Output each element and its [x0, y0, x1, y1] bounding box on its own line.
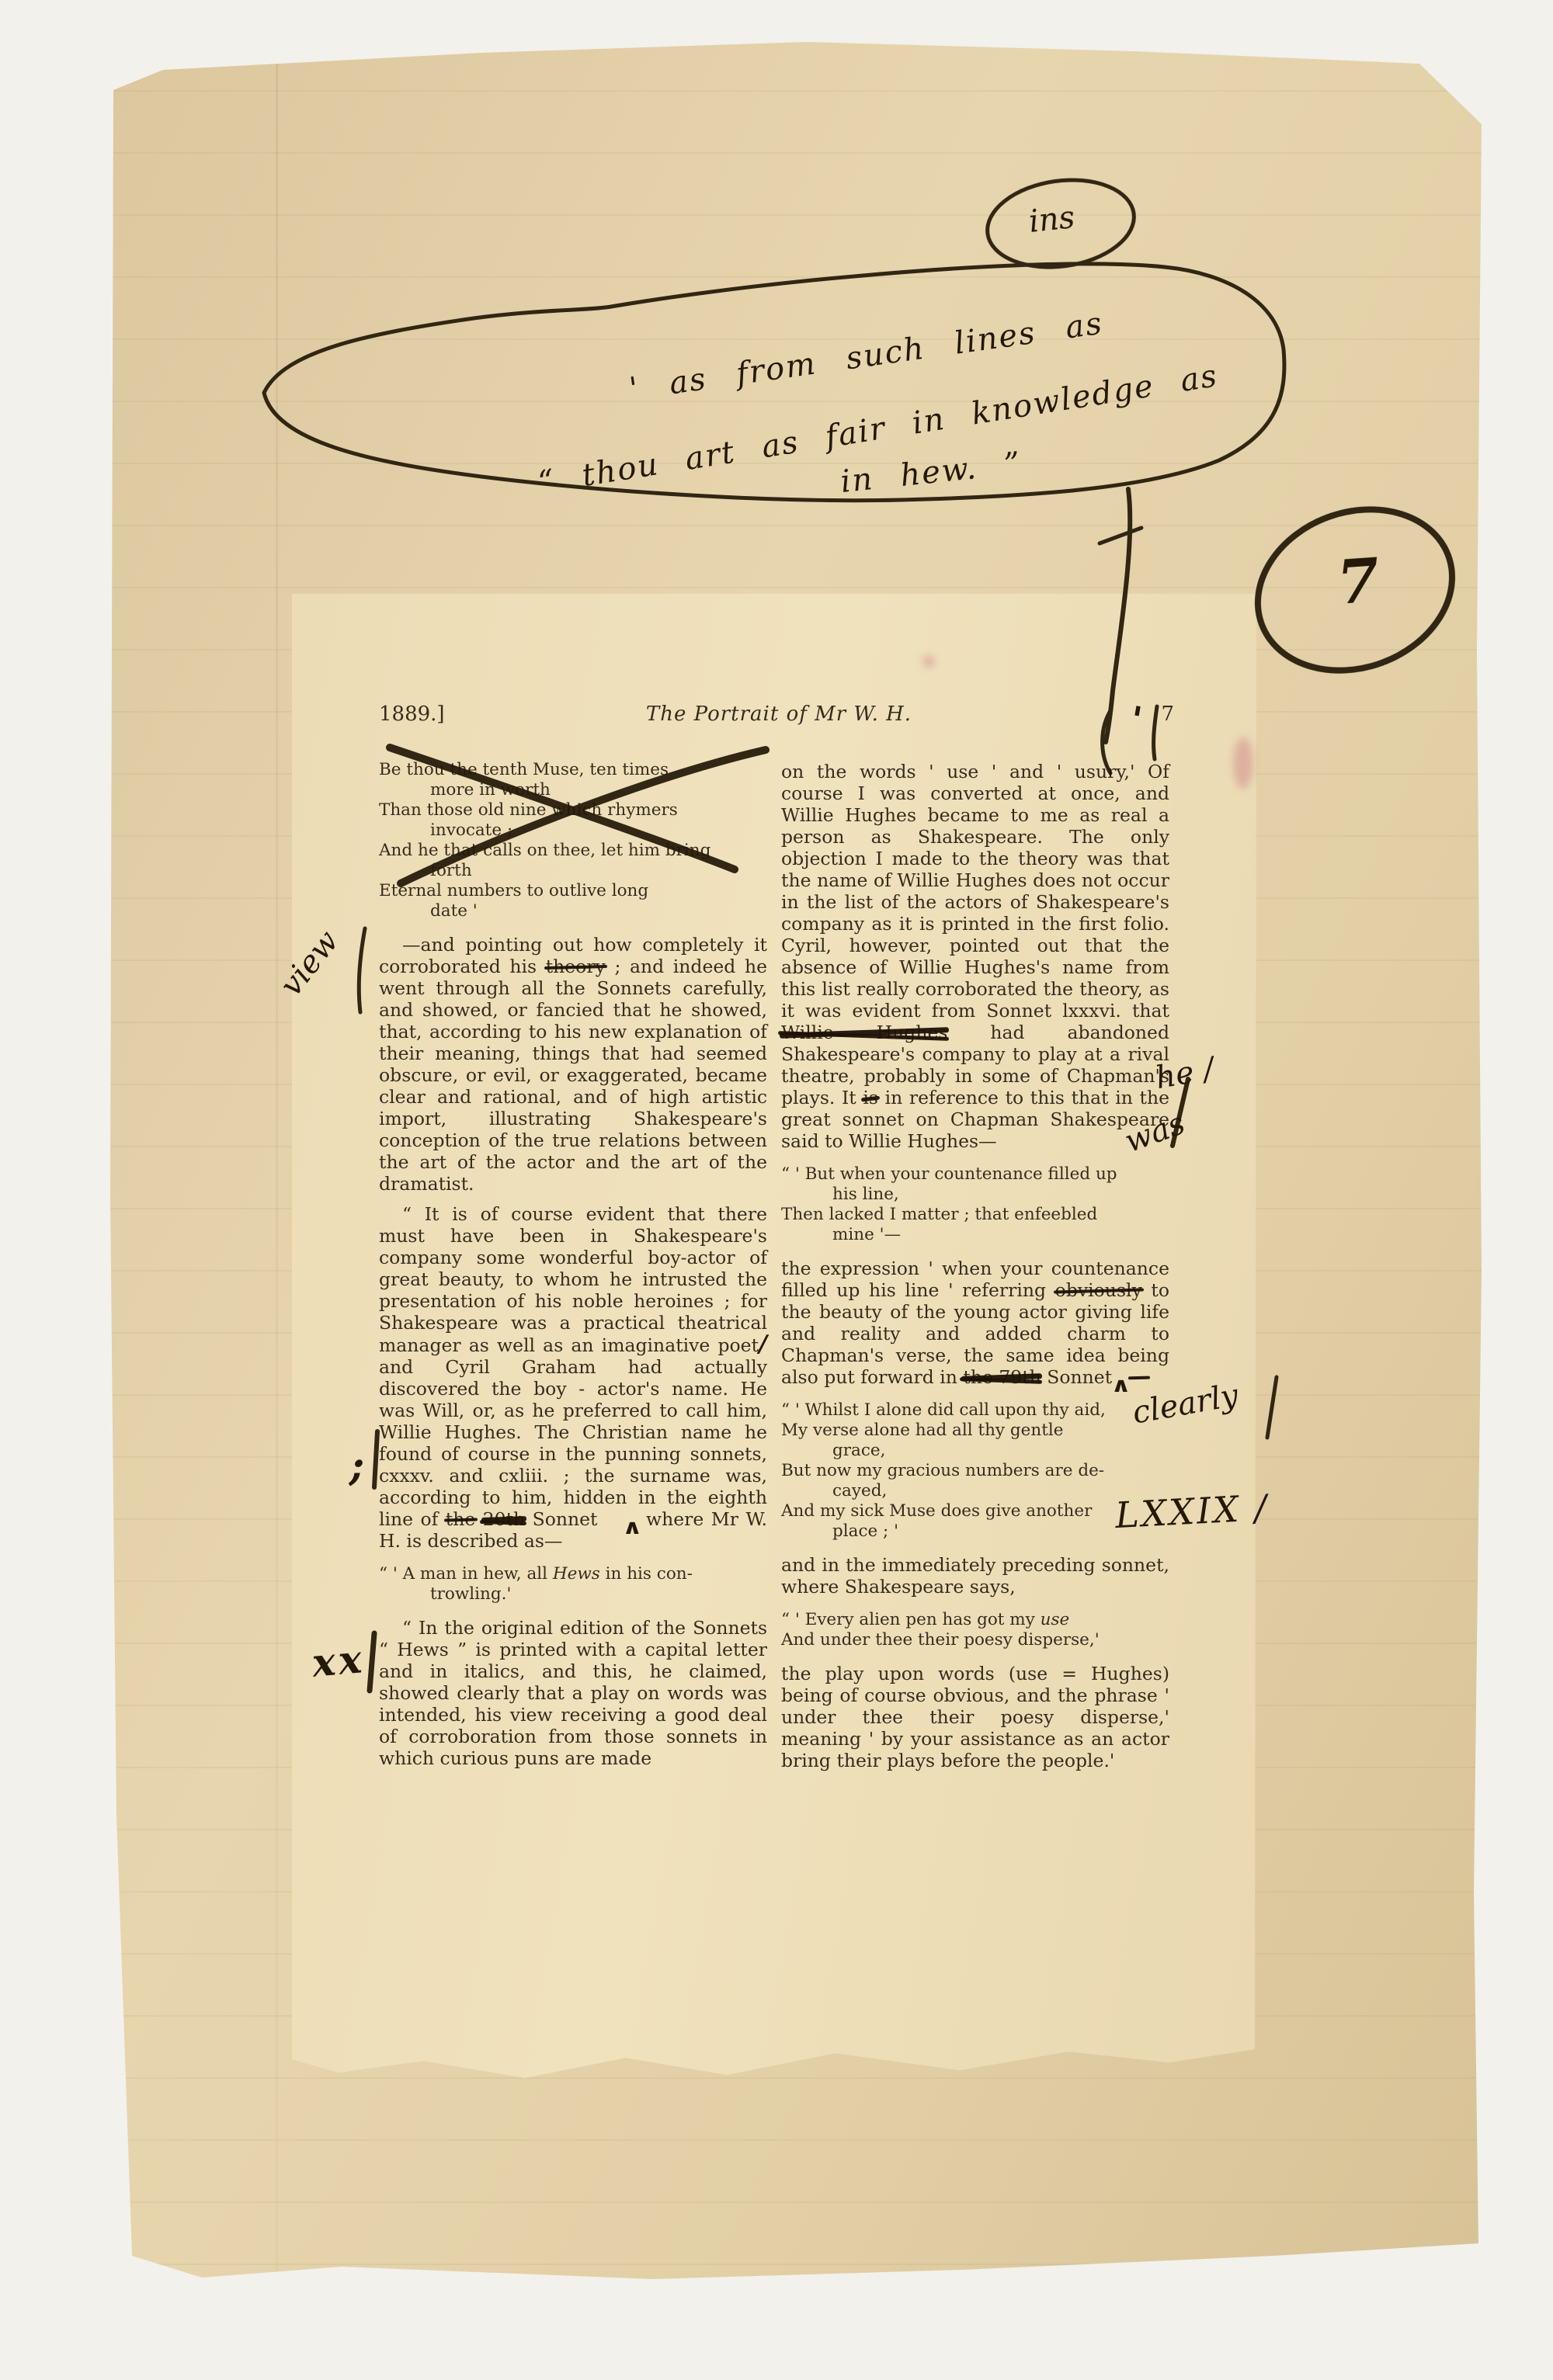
text-run: ; and indeed he went through all the Son… — [379, 956, 767, 1195]
margin-note-lxxix: LXXIX / — [1114, 1487, 1270, 1536]
margin-note-xx: xx — [311, 1636, 367, 1686]
paragraph: the expression ' when your countenance f… — [781, 1258, 1169, 1388]
text-run: Sonnet — [525, 1508, 597, 1530]
struck-words: Willie Hughes — [781, 1022, 947, 1043]
text-run: Sonnet — [1041, 1366, 1112, 1388]
text-run: and Cyril Graham had actually discovered… — [379, 1356, 767, 1530]
struck-word: is — [863, 1087, 878, 1108]
paragraph: and in the immediately preceding sonnet,… — [781, 1554, 1169, 1598]
text-run: “ It is of course evident that there mus… — [379, 1203, 767, 1356]
struck-dash: — — [1130, 1366, 1148, 1388]
struck-words: the 79th — [963, 1366, 1041, 1388]
crossed-out-poem: Be thou the tenth Muse, ten times more i… — [379, 760, 767, 921]
quote-line: Then lacked I matter ; that enfeebled — [781, 1205, 1169, 1225]
ins-annotation: ins — [1027, 199, 1077, 240]
poem-line: more in worth — [379, 780, 767, 800]
circled-folio-number: 7 — [1335, 545, 1381, 619]
paragraph: “ It is of course evident that there mus… — [379, 1203, 767, 1552]
poem-line: Than those old nine which rhymers — [379, 800, 767, 821]
paragraph: —and pointing out how completely it corr… — [379, 934, 767, 1195]
poem-line: forth — [379, 861, 767, 881]
italic-word: use — [1041, 1610, 1070, 1629]
quotation: “ ' Whilst I alone did call upon thy aid… — [781, 1400, 1169, 1542]
poem-line: date ' — [379, 901, 767, 921]
struck-word: 20th — [483, 1508, 525, 1530]
paragraph: the play upon words (use = Hughes) being… — [781, 1663, 1169, 1771]
right-column: on the words ' use ' and ' usury,' Of co… — [781, 752, 1169, 1780]
poem-line: Eternal numbers to outlive long — [379, 881, 767, 901]
ink-slash-icon: / — [759, 1331, 767, 1358]
paper-crease — [276, 29, 278, 2292]
quote-line: mine '— — [781, 1225, 1169, 1245]
quote-line: place ; ' — [781, 1521, 1169, 1542]
header-title: The Portrait of Mr W. H. — [495, 703, 1062, 726]
quote-line: “ ' Every alien pen has got my use — [781, 1610, 1169, 1630]
header-page-number: 7 — [1062, 703, 1179, 726]
poem-line: invocate ; — [379, 821, 767, 841]
quote-line: And under thee their poesy disperse,' — [781, 1630, 1169, 1650]
italic-word: Hews — [553, 1564, 600, 1584]
printed-clipping: 1889.] The Portrait of Mr W. H. 7 Be tho… — [292, 594, 1256, 2088]
quote-line: My verse alone had all thy gentle — [781, 1421, 1169, 1441]
manuscript-sheet: 1889.] The Portrait of Mr W. H. 7 Be tho… — [109, 29, 1482, 2292]
struck-word: theory — [546, 956, 606, 977]
quote-line: trowling.' — [379, 1584, 767, 1605]
header-year: 1889.] — [379, 703, 495, 726]
paragraph: on the words ' use ' and ' usury,' Of co… — [781, 761, 1169, 1152]
struck-word: obviously — [1055, 1279, 1142, 1301]
text-columns: Be thou the tenth Muse, ten times more i… — [379, 752, 1179, 1780]
text-run: “ ' A man in hew, all — [379, 1564, 553, 1584]
quotation: “ ' Every alien pen has got my use And u… — [781, 1610, 1169, 1650]
struck-word: the — [446, 1508, 476, 1530]
page-header: 1889.] The Portrait of Mr W. H. 7 — [379, 703, 1179, 726]
text-run: “ ' Every alien pen has got my — [781, 1610, 1041, 1629]
left-column: Be thou the tenth Muse, ten times more i… — [379, 752, 767, 1780]
poem-line: Be thou the tenth Muse, ten times — [379, 760, 767, 780]
quotation: “ ' But when your countenance filled up … — [781, 1164, 1169, 1245]
text-run: in his con- — [600, 1564, 693, 1584]
quote-line: cayed, — [781, 1481, 1169, 1501]
quote-line: “ ' But when your countenance filled up — [781, 1164, 1169, 1185]
quote-line: grace, — [781, 1441, 1169, 1461]
pink-smudge — [1233, 737, 1253, 789]
quotation: “ ' A man in hew, all Hews in his con- t… — [379, 1564, 767, 1605]
poem-line: And he that calls on thee, let him bring — [379, 841, 767, 861]
text-run: on the words ' use ' and ' usury,' Of co… — [781, 761, 1169, 1022]
margin-note-semicolon: ; — [349, 1442, 364, 1490]
pink-smudge — [922, 655, 935, 668]
quote-line: But now my gracious numbers are de- — [781, 1461, 1169, 1481]
quote-line: “ ' A man in hew, all Hews in his con- — [379, 1564, 767, 1584]
quote-line: his line, — [781, 1185, 1169, 1205]
quote-line: And my sick Muse does give another — [781, 1501, 1169, 1521]
paragraph: “ In the original edition of the Sonnets… — [379, 1617, 767, 1769]
quote-line: “ ' Whilst I alone did call upon thy aid… — [781, 1400, 1169, 1421]
